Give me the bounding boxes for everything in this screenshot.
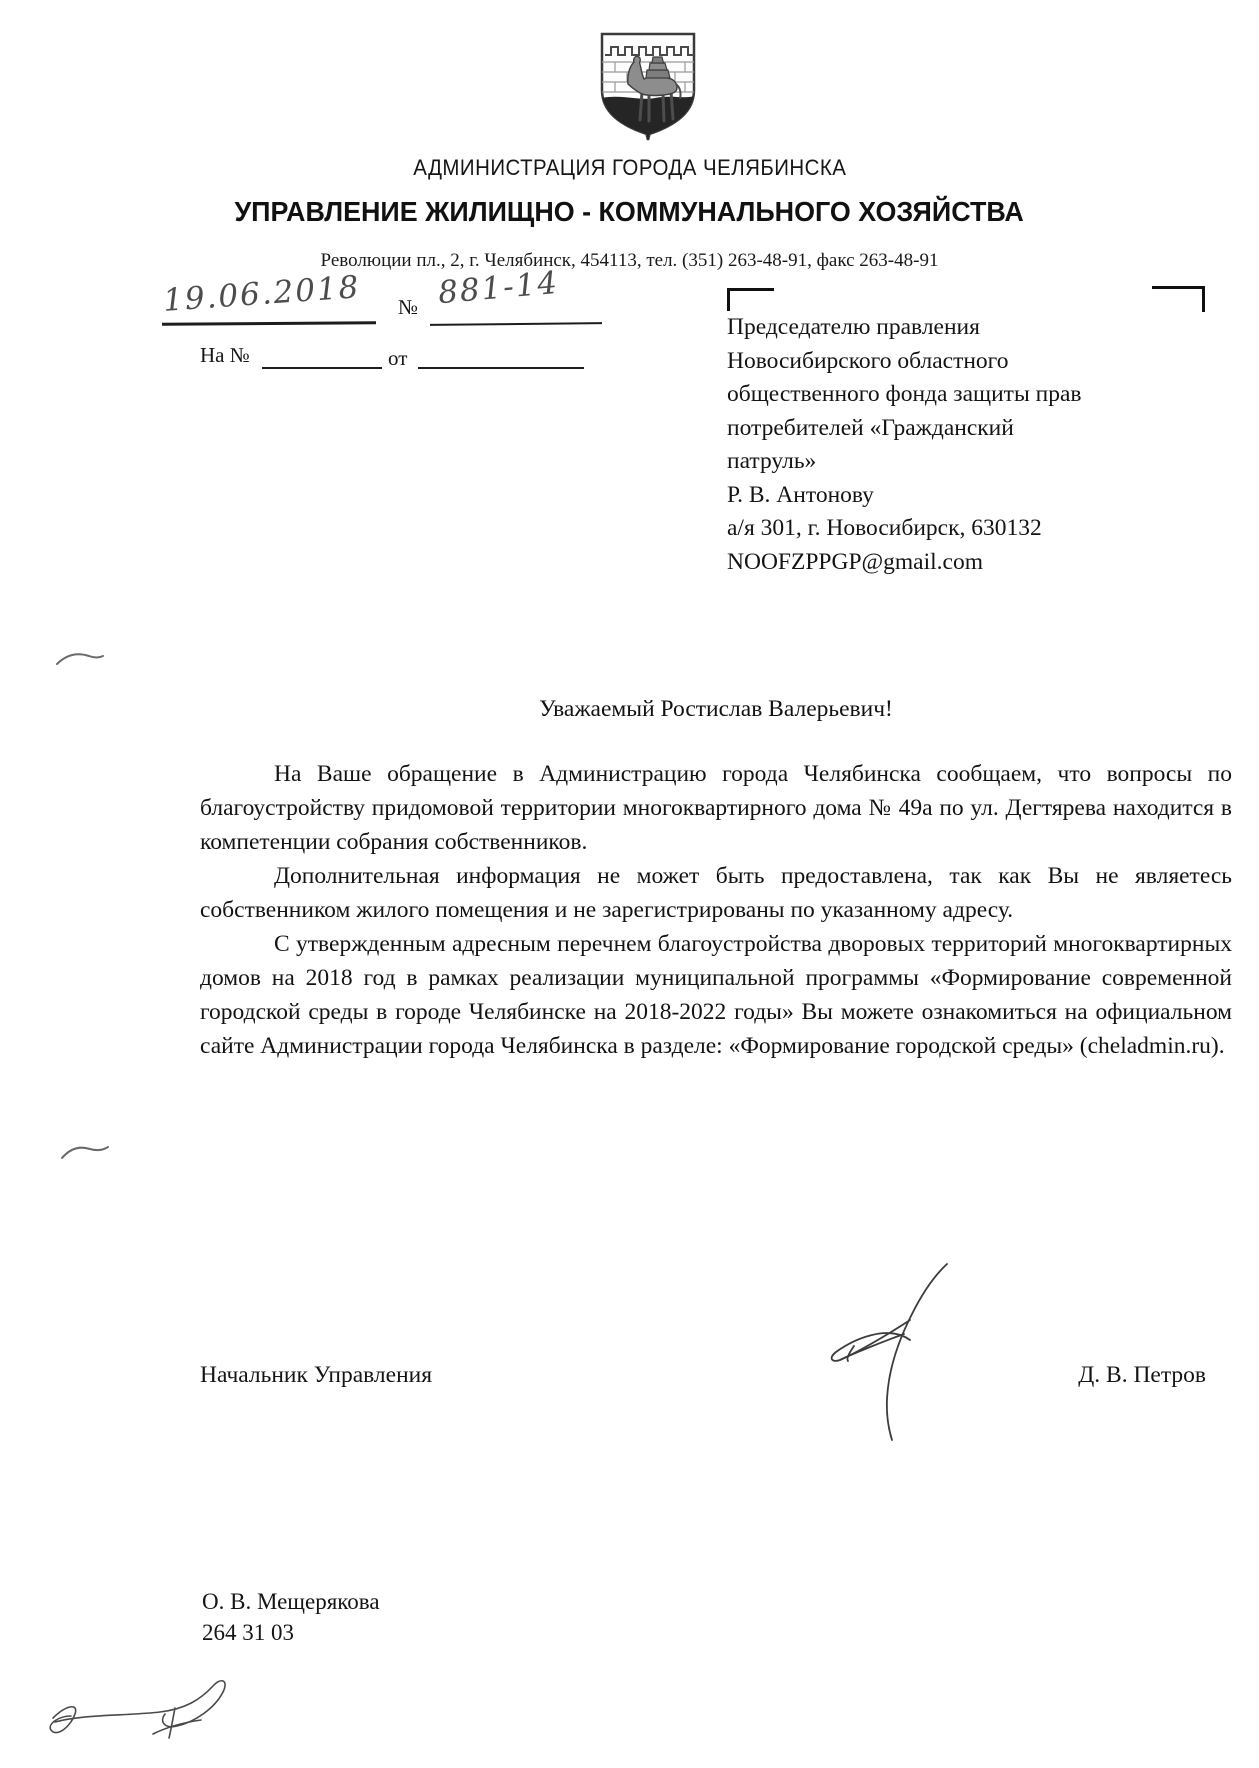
salutation: Уважаемый Ростислав Валерьевич! — [200, 696, 1232, 723]
reply-date-underline — [418, 367, 584, 369]
recipient-line: потребителей «Гражданский — [727, 412, 1239, 446]
recipient-line: Новосибирского областного — [727, 345, 1239, 379]
reply-to-number-label: На № — [200, 343, 250, 368]
body-paragraph: Дополнительная информация не может быть … — [200, 859, 1232, 927]
executor-phone: 264 31 03 — [202, 1617, 380, 1648]
organization-address: Революции пл., 2, г. Челябинск, 454113, … — [0, 250, 1259, 272]
body-paragraph: С утвержденным адресным перечнем благоус… — [200, 927, 1232, 1063]
body-paragraph: На Ваше обращение в Администрацию города… — [200, 757, 1232, 859]
address-corner-mark-left — [727, 288, 774, 311]
recipient-line: общественного фонда защиты прав — [727, 378, 1239, 412]
bottom-pen-scribble — [35, 1672, 240, 1764]
date-underline — [162, 321, 376, 325]
recipient-postal-address: а/я 301, г. Новосибирск, 630132 — [727, 512, 1239, 546]
coat-of-arms-icon — [595, 28, 701, 142]
recipient-block: Председателю правления Новосибирского об… — [727, 311, 1239, 579]
number-sign-label: № — [398, 295, 418, 320]
handwritten-date: 19.06.2018 — [162, 269, 362, 319]
executor-block: О. В. Мещерякова 264 31 03 — [202, 1586, 380, 1648]
address-corner-mark-right — [1152, 286, 1205, 312]
signer-position-title: Начальник Управления — [200, 1362, 432, 1389]
recipient-name: Р. В. Антонову — [727, 479, 1239, 513]
recipient-line: Председателю правления — [727, 311, 1239, 345]
parent-organization-title: АДМИНИСТРАЦИЯ ГОРОДА ЧЕЛЯБИНСКА — [0, 155, 1259, 181]
number-underline — [430, 322, 602, 326]
recipient-line: патруль» — [727, 445, 1239, 479]
recipient-email: NOOFZPPGP@gmail.com — [727, 546, 1239, 580]
reply-from-label: от — [388, 346, 407, 371]
letter-page: АДМИНИСТРАЦИЯ ГОРОДА ЧЕЛЯБИНСКА УПРАВЛЕН… — [0, 0, 1259, 1768]
letter-body: На Ваше обращение в Администрацию города… — [200, 757, 1232, 1063]
pen-signature — [742, 1262, 957, 1452]
executor-name: О. В. Мещерякова — [202, 1586, 380, 1617]
reply-number-underline — [262, 367, 382, 369]
margin-pen-mark-lower — [60, 1140, 112, 1164]
margin-pen-mark-upper — [55, 648, 107, 670]
organization-title: УПРАВЛЕНИЕ ЖИЛИЩНО - КОММУНАЛЬНОГО ХОЗЯЙ… — [0, 196, 1259, 228]
signer-name: Д. В. Петров — [1018, 1362, 1206, 1389]
